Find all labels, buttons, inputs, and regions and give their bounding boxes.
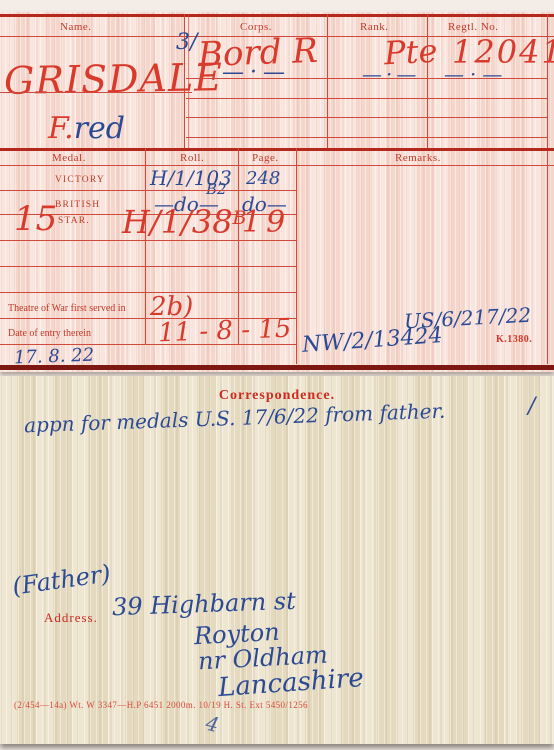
victory-page-handwriting: 248 [246, 170, 280, 188]
forename-handwriting: red [74, 111, 125, 146]
stray-pen-mark: 4 [204, 713, 221, 735]
regtl-ditto-mark: —·— [444, 64, 508, 84]
rule-line [186, 137, 547, 138]
rank-column-header: Rank. [360, 21, 388, 33]
stray-slash-mark: / [528, 396, 535, 418]
relation-note-handwriting: (Father) [11, 561, 112, 599]
rule-line [0, 266, 296, 267]
address-label: Address. [44, 610, 98, 626]
date-of-entry-label: Date of entry therein [8, 328, 91, 339]
rule-line [186, 117, 547, 118]
k-reference-stamp: K.1380. [496, 334, 532, 345]
corps-prefix-handwriting: 3/ [176, 32, 197, 54]
medal-table-divider [296, 148, 297, 364]
rank-ditto-mark: —·— [362, 64, 420, 84]
star-prefix-handwriting: 15 [14, 202, 57, 236]
star-roll-text: H/1/38 [122, 203, 233, 241]
page-column-header: Page. [252, 152, 279, 164]
column-divider [327, 14, 328, 148]
nw-reference-handwriting: NW/2/13424 [301, 325, 443, 357]
corps-column-header: Corps. [240, 21, 272, 33]
address-line-1-handwriting: 39 Highbarn st [112, 589, 297, 619]
rule-line [0, 148, 554, 151]
medal-column-header: Medal. [52, 152, 86, 164]
correspondence-note-handwriting: appn for medals U.S. 17/6/22 from father… [24, 401, 446, 436]
card-bottom-border [0, 365, 554, 370]
correspondence-card: Correspondence. appn for medals U.S. 17/… [0, 376, 554, 744]
name-column-header: Name. [60, 21, 92, 33]
rule-line [0, 292, 296, 293]
british-medal-label: British [55, 200, 100, 210]
theatre-of-war-label: Theatre of War first served in [8, 303, 126, 314]
victory-medal-label: Victory [55, 175, 105, 185]
rule-line [0, 190, 296, 191]
entry-date-handwriting: 11 - 8 - 15 [158, 316, 292, 347]
rule-line [0, 14, 554, 17]
theatre-value-handwriting: 2b) [150, 294, 193, 320]
rule-line [0, 344, 296, 345]
correspondence-heading: Correspondence. [0, 388, 554, 404]
form-print-code: (2/454—14a) Wt. W 3347—H.P 6451 2000m. 1… [14, 700, 308, 710]
surname-handwriting: GRISDALE [4, 58, 224, 100]
roll-column-header: Roll. [180, 152, 204, 164]
regtl-no-column-header: Regtl. No. [448, 21, 499, 33]
medal-roll-index-card: Name. Corps. Rank. Regtl. No. 3/ Bord R … [0, 12, 554, 372]
rule-line [186, 98, 547, 99]
star-roll-handwriting: H/1/38B [122, 206, 247, 238]
medal-table-divider [145, 148, 146, 344]
rule-line [0, 92, 192, 93]
medal-index-card-scan: Name. Corps. Rank. Regtl. No. 3/ Bord R … [0, 0, 554, 750]
rule-line [186, 78, 547, 79]
remarks-column-header: Remarks. [395, 152, 441, 164]
corps-ditto-mark: —·— [222, 62, 291, 84]
rule-line [0, 165, 554, 166]
rule-line [0, 240, 296, 241]
forename-initial-handwriting: F. [48, 111, 74, 146]
star-page-handwriting: 19 [242, 208, 290, 238]
star-medal-label: Star. [58, 216, 90, 226]
